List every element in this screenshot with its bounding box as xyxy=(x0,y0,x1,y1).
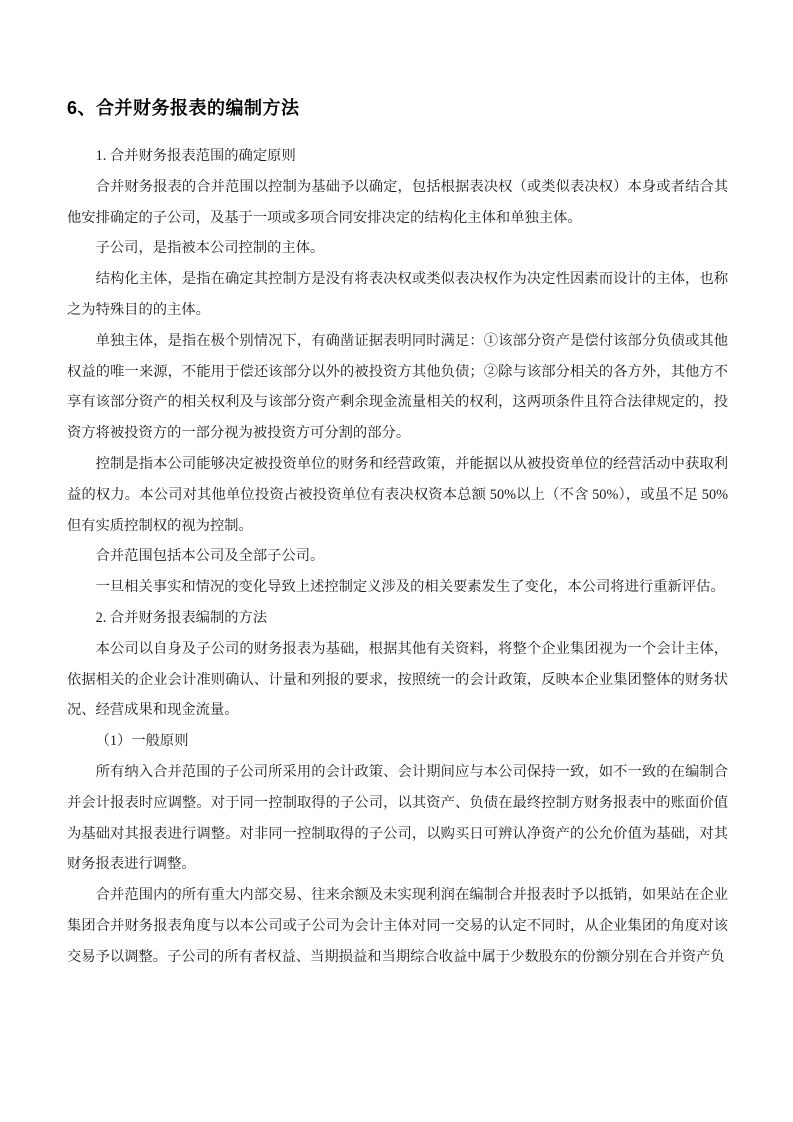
paragraph: （1）一般原则 xyxy=(67,726,728,757)
document-content: 6、合并财务报表的编制方法 1. 合并财务报表范围的确定原则合并财务报表的合并范… xyxy=(67,93,728,973)
paragraph: 本公司以自身及子公司的财务报表为基础，根据其他有关资料，将整个企业集团视为一个会… xyxy=(67,634,728,726)
paragraph: 合并范围包括本公司及全部子公司。 xyxy=(67,541,728,572)
paragraph: 所有纳入合并范围的子公司所采用的会计政策、会计期间应与本公司保持一致，如不一致的… xyxy=(67,757,728,880)
paragraph: 合并范围内的所有重大内部交易、往来余额及未实现利润在编制合并报表时予以抵销，如果… xyxy=(67,880,728,972)
document-page: 6、合并财务报表的编制方法 1. 合并财务报表范围的确定原则合并财务报表的合并范… xyxy=(0,0,793,1122)
paragraph: 结构化主体，是指在确定其控制方是没有将表决权或类似表决权作为决定性因素而设计的主… xyxy=(67,264,728,326)
paragraph: 单独主体，是指在极个别情况下，有确凿证据表明同时满足：①该部分资产是偿付该部分负… xyxy=(67,326,728,449)
paragraph: 子公司，是指被本公司控制的主体。 xyxy=(67,233,728,264)
paragraph: 2. 合并财务报表编制的方法 xyxy=(67,603,728,634)
document-title: 6、合并财务报表的编制方法 xyxy=(67,93,728,124)
document-paragraphs: 1. 合并财务报表范围的确定原则合并财务报表的合并范围以控制为基础予以确定，包括… xyxy=(67,141,728,973)
paragraph: 合并财务报表的合并范围以控制为基础予以确定，包括根据表决权（或类似表决权）本身或… xyxy=(67,172,728,234)
paragraph: 一旦相关事实和情况的变化导致上述控制定义涉及的相关要素发生了变化，本公司将进行重… xyxy=(67,572,728,603)
paragraph: 控制是指本公司能够决定被投资单位的财务和经营政策，并能据以从被投资单位的经营活动… xyxy=(67,449,728,541)
paragraph: 1. 合并财务报表范围的确定原则 xyxy=(67,141,728,172)
